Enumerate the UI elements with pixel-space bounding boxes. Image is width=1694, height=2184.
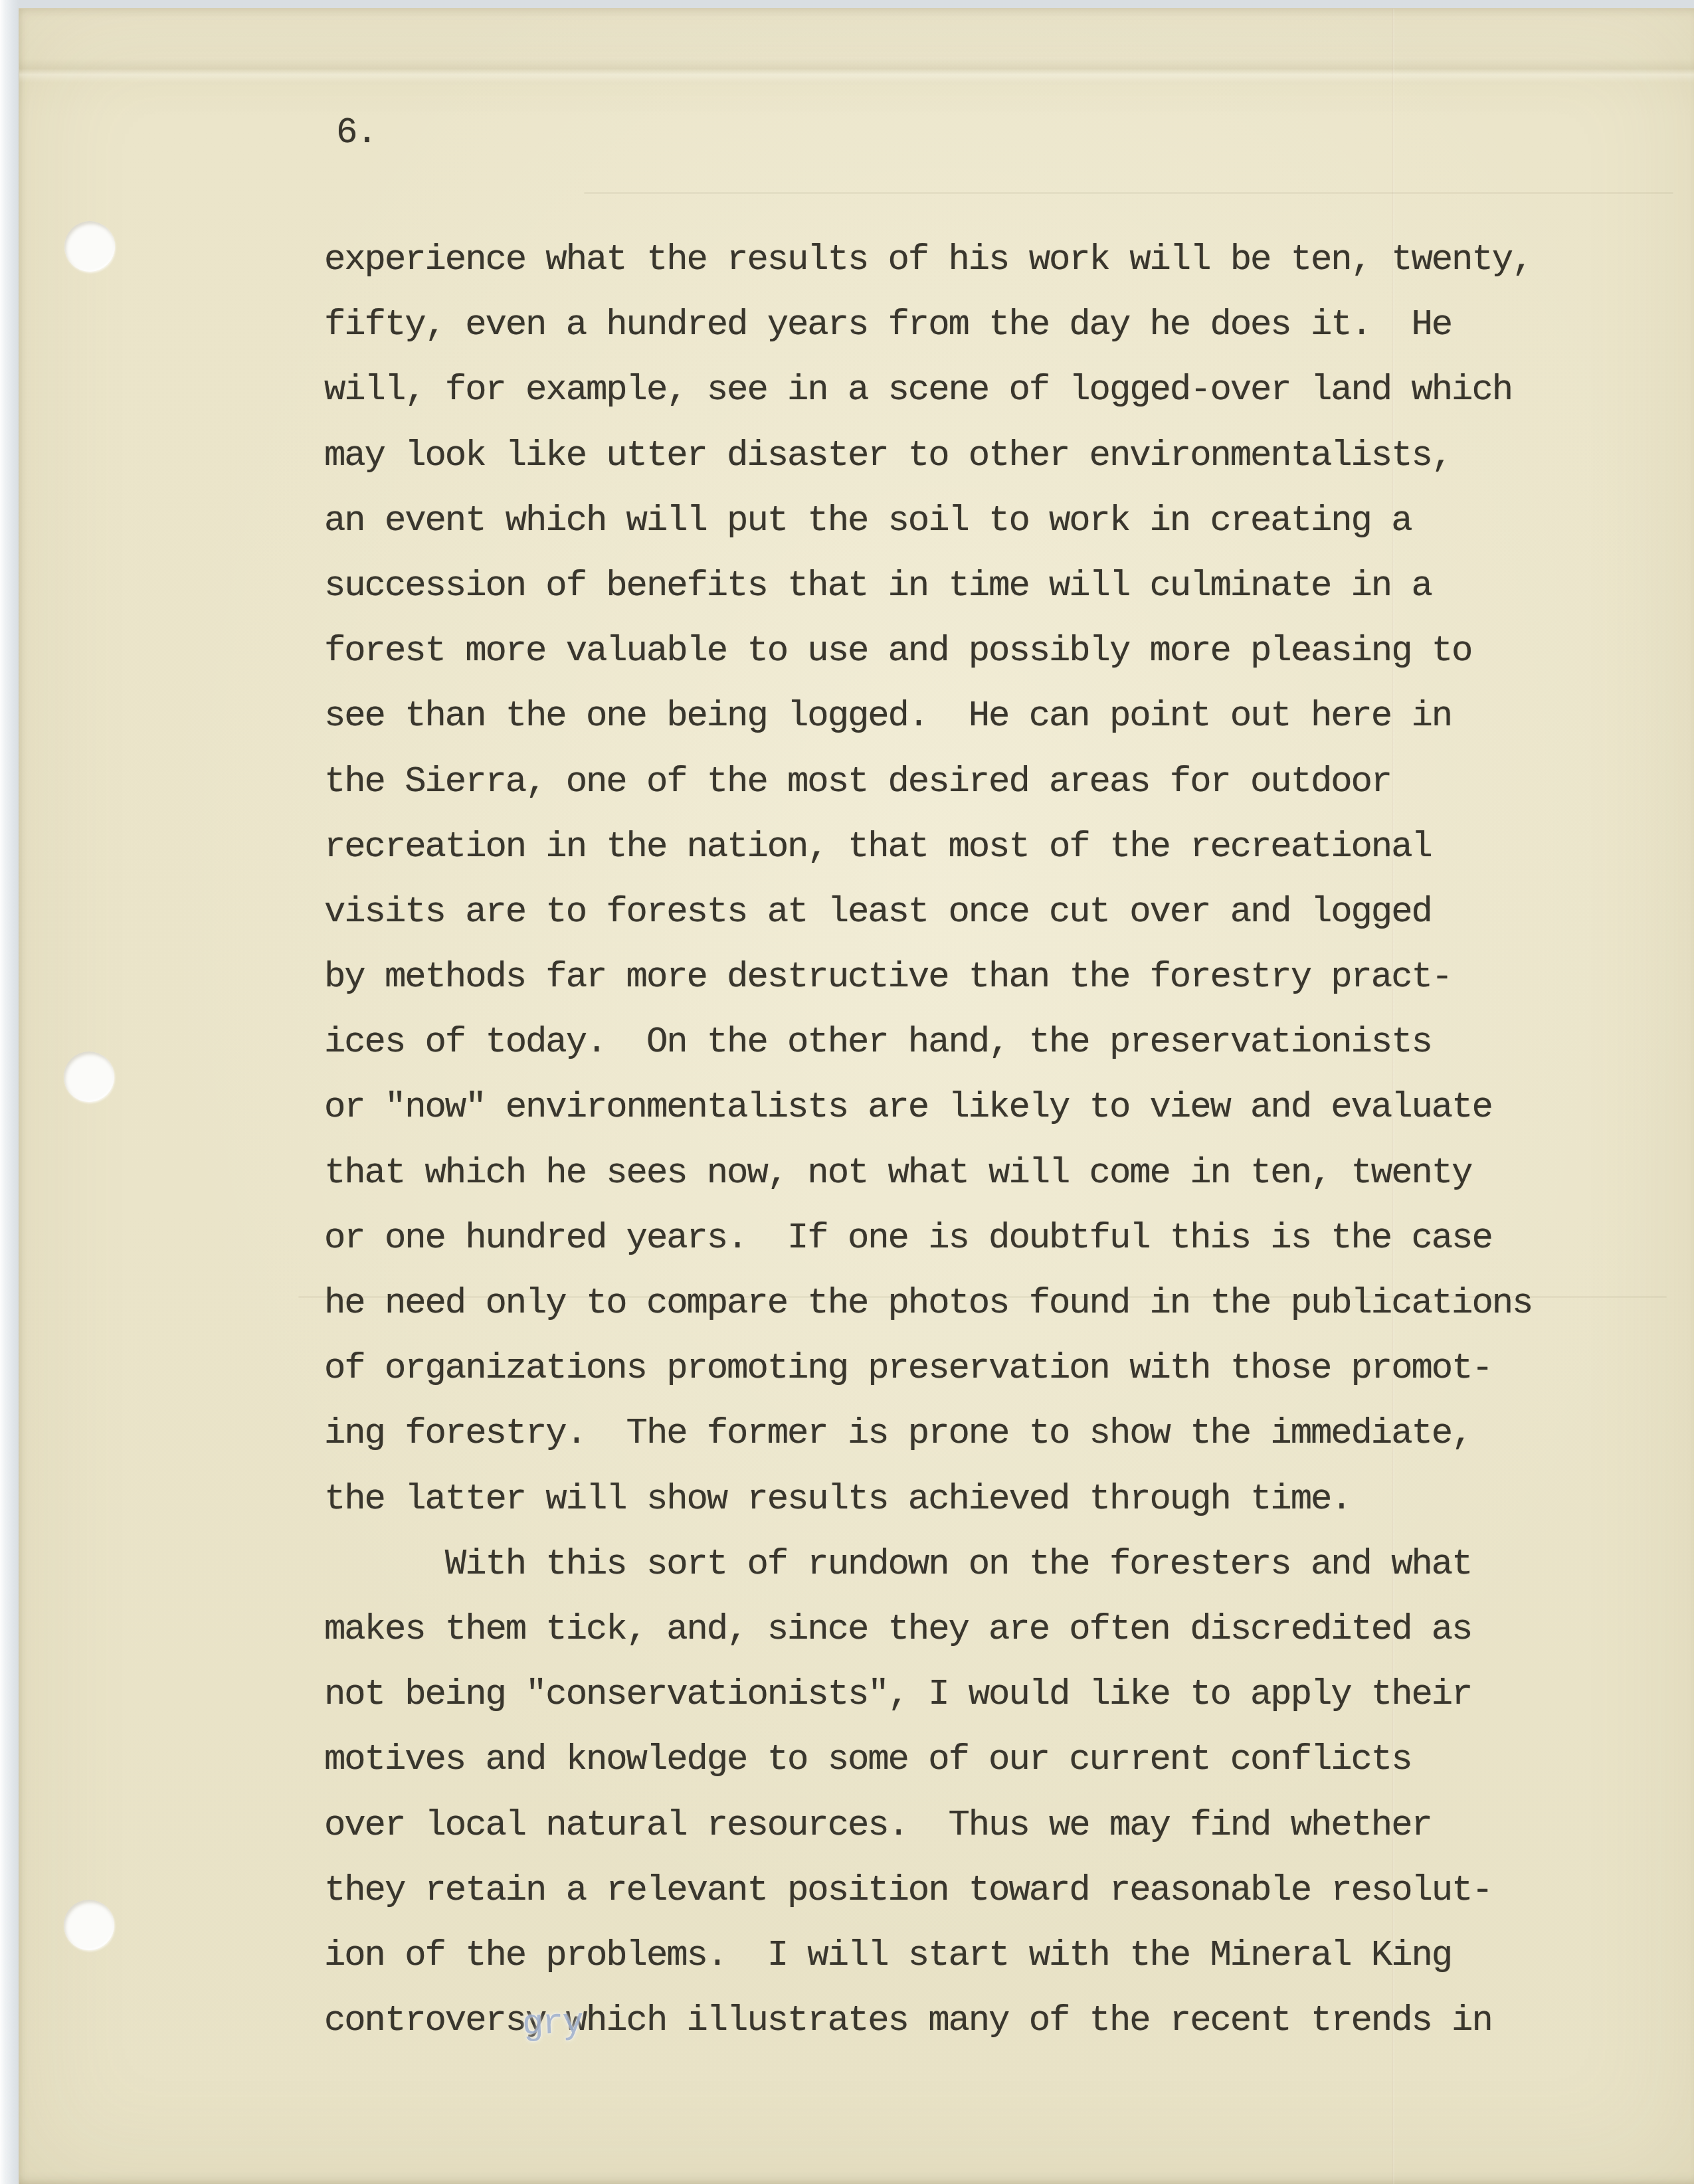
typewritten-line: the Sierra, one of the most desired area… [324,750,1532,815]
typewritten-line: of organizations promoting preservation … [324,1336,1532,1402]
typewritten-line: or one hundred years. If one is doubtful… [324,1206,1532,1271]
hole-punch [64,221,115,272]
paper-crease-horizontal [19,58,1694,82]
typewritten-line: by methods far more destructive than the… [324,945,1532,1010]
typo-correction-overlay: gry [521,1991,583,2058]
scan-streak [584,192,1673,194]
typewritten-line: With this sort of rundown on the foreste… [324,1532,1532,1597]
hole-punch [64,1051,114,1102]
typewritten-line: succession of benefits that in time will… [324,554,1532,619]
hole-punch [64,1900,114,1950]
typewritten-line: see than the one being logged. He can po… [324,684,1532,749]
typewritten-line: ing forestry. The former is prone to sho… [324,1402,1532,1467]
typewritten-line: ion of the problems. I will start with t… [324,1924,1532,1989]
typewritten-line: over local natural resources. Thus we ma… [324,1793,1532,1859]
typewritten-line: forest more valuable to use and possibly… [324,619,1532,684]
typewritten-line: experience what the results of his work … [324,228,1532,293]
typewritten-line: controversy which illustrates many of th… [324,1989,1532,2054]
typewritten-line: motives and knowledge to some of our cur… [324,1728,1532,1793]
typewritten-line: he need only to compare the photos found… [324,1271,1532,1336]
typewritten-line: that which he sees now, not what will co… [324,1141,1532,1206]
typewritten-line: will, for example, see in a scene of log… [324,358,1532,423]
typewritten-line: makes them tick, and, since they are oft… [324,1597,1532,1663]
typewritten-line: may look like utter disaster to other en… [324,424,1532,489]
typewritten-text: experience what the results of his work … [324,228,1532,2054]
typewritten-line: not being "conservationists", I would li… [324,1663,1532,1728]
typewritten-line: an event which will put the soil to work… [324,489,1532,554]
typewritten-line: they retain a relevant position toward r… [324,1859,1532,1924]
typewritten-line: fifty, even a hundred years from the day… [324,293,1532,358]
document-page: 6. experience what the results of his wo… [19,8,1694,2184]
typewritten-line: or "now" environmentalists are likely to… [324,1075,1532,1140]
typewritten-line: the latter will show results achieved th… [324,1467,1532,1532]
typewritten-line: recreation in the nation, that most of t… [324,815,1532,880]
page-number: 6. [336,114,377,153]
typewritten-line: visits are to forests at least once cut … [324,880,1532,945]
typewritten-line: ices of today. On the other hand, the pr… [324,1010,1532,1075]
